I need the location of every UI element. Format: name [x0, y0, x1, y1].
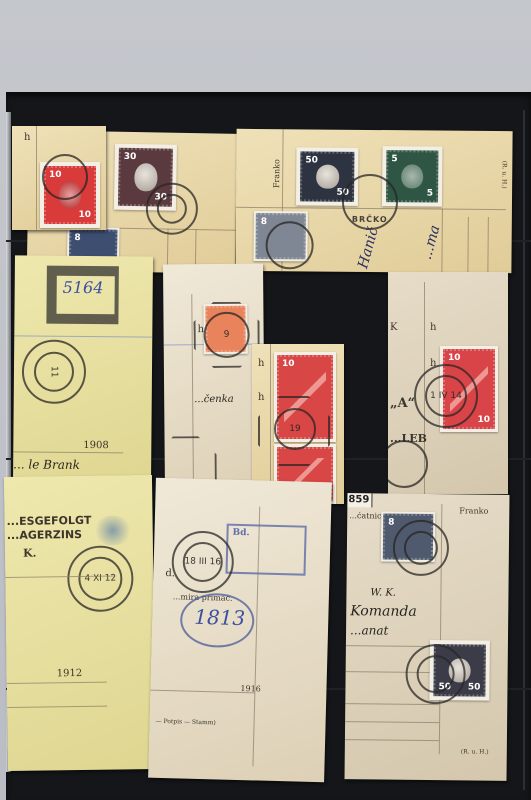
blue-ink-mark: [93, 515, 133, 546]
parcel-card-bottom-right: 859 ...ćatnica. Franko 8 W. K. Komanda .…: [345, 493, 510, 781]
parcel-card-top-left: h 10 10: [12, 126, 106, 230]
postmark-inner: 9: [203, 312, 249, 358]
parcel-card-middle-center: h 9 ...čenka: [163, 264, 265, 493]
parcel-card-bottom-left: ...ESGEFOLGT ...AGERZINS K. 4 XI 12 1912: [4, 475, 156, 771]
postmark-brcko: [405, 644, 466, 705]
postmark-brcka: 11: [22, 339, 87, 404]
postmark: [265, 221, 313, 269]
postmark-brcko: 1 IV 14: [414, 364, 478, 428]
postmark-brcko: 18 III 16: [171, 530, 235, 594]
postmark-brcko: BRČKO: [342, 174, 398, 230]
parcel-card-top-right: Franko 50 50 5 5 BRČKO 8 (R. u. H.) Hani…: [235, 129, 512, 273]
postmark-brcko: 4 XI 12: [67, 545, 134, 612]
label-number-box: 859: [347, 493, 372, 507]
blue-box-cachet: Bd.: [225, 524, 306, 576]
postmark: [42, 154, 88, 200]
postmark-brcko: [145, 182, 198, 235]
parcel-card-middle-left: 5164 11 1908 ... le Brank: [13, 255, 153, 482]
postmark-brcko: [393, 520, 450, 577]
parcel-card-bottom-middle: Bd. 18 III 16 d. ...mira primac. 1813 19…: [148, 478, 332, 783]
postmark: [388, 440, 428, 488]
parcel-card-middle-right: K h h „A“ ...LEB 10 10 1 IV 14: [388, 272, 508, 494]
postmark-inner: 19: [274, 408, 316, 450]
